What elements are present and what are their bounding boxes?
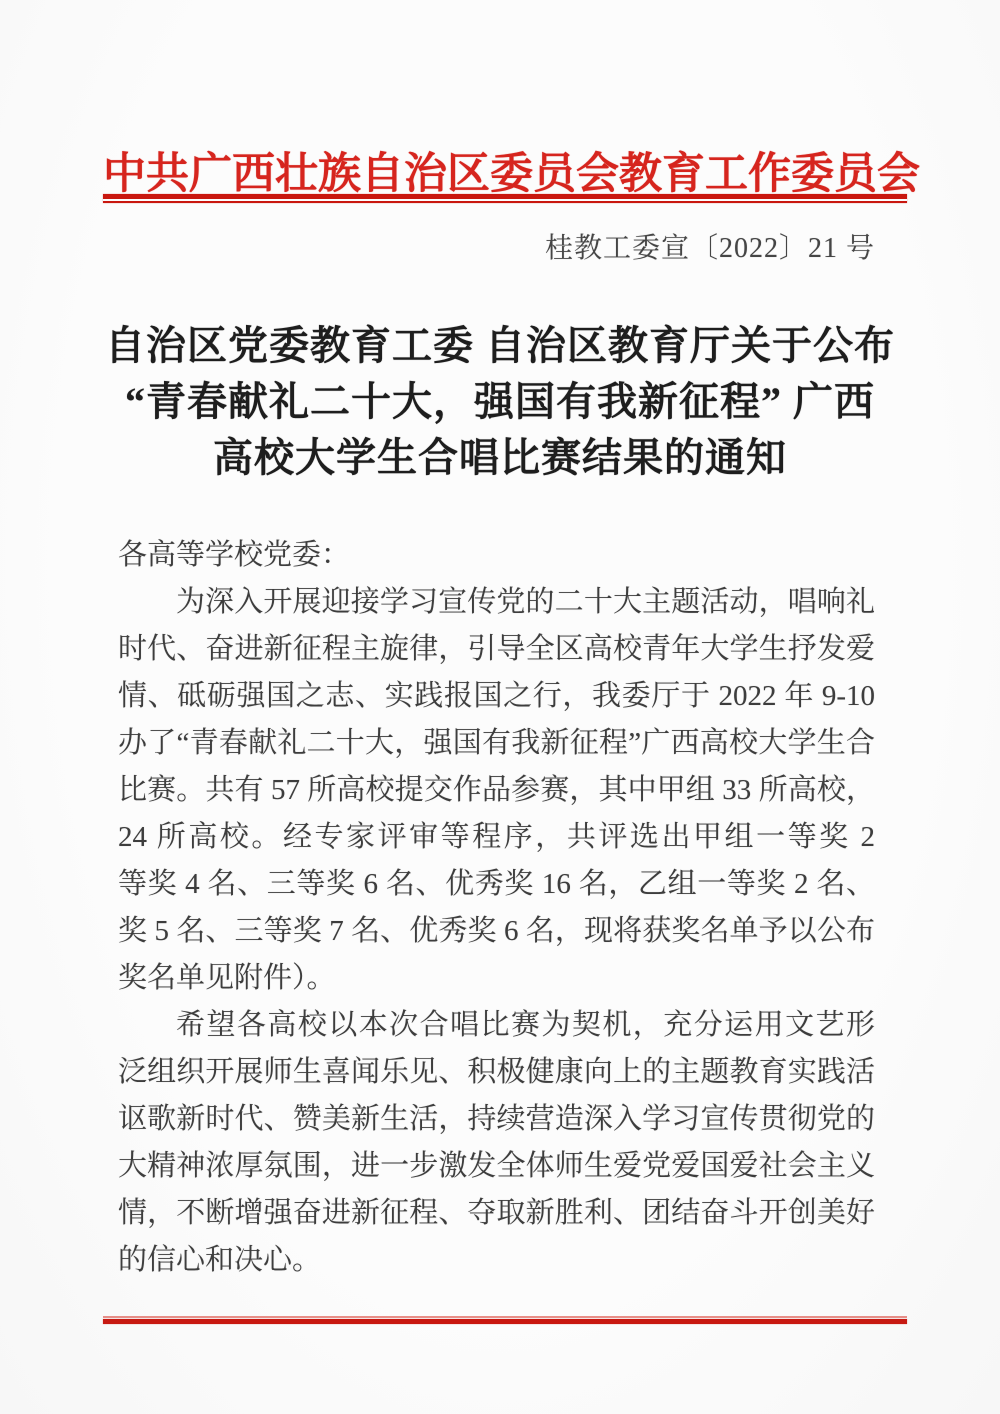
red-double-rule-top [103,194,907,203]
body-line: 的信心和决心。 [118,1237,875,1284]
red-rule-bottom [103,1316,907,1324]
document-number: 桂教工委宣〔2022〕21 号 [103,226,875,266]
body-line: 希望各高校以本次合唱比赛为契机，充分运用文艺形式，广 [118,1002,875,1049]
body-line: 大精神浓厚氛围，进一步激发全体师生爱党爱国爱社会主义的热 [118,1143,875,1190]
body-line: 情、砥砺强国之志、实践报国之行，我委厅于 2022 年 9-10 月举 [118,673,875,720]
red-rule-bottom-thick-line [103,1319,907,1324]
body-line: 等奖 4 名、三等奖 6 名、优秀奖 16 名，乙组一等奖 2 名、二等 [118,861,875,908]
document-page: 中共广西壮族自治区委员会教育工作委员会 桂教工委宣〔2022〕21 号 自治区党… [0,0,1000,1414]
notice-body: 各高等学校党委： 为深入开展迎接学习宣传党的二十大主题活动，唱响礼赞新 时代、奋… [118,532,875,1284]
body-line: 情，不断增强奋进新征程、夺取新胜利、团结奋斗开创美好未来 [118,1190,875,1237]
notice-title: 自治区党委教育工委 自治区教育厅关于公布 “青春献礼二十大，强国有我新征程” 广… [60,318,940,486]
body-line: 奖 5 名、三等奖 7 名、优秀奖 6 名，现将获奖名单予以公布（获 [118,908,875,955]
notice-title-line-2: “青春献礼二十大，强国有我新征程” 广西 [60,374,940,430]
body-line: 时代、奋进新征程主旋律，引导全区高校青年大学生抒发爱国之 [118,626,875,673]
salutation-line: 各高等学校党委： [118,532,875,579]
body-line: 讴歌新时代、赞美新生活，持续营造深入学习宣传贯彻党的二十 [118,1096,875,1143]
body-line: 泛组织开展师生喜闻乐见、积极健康向上的主题教育实践活动， [118,1049,875,1096]
body-line: 办了“青春献礼二十大，强国有我新征程”广西高校大学生合唱 [118,720,875,767]
body-line: 24 所高校。经专家评审等程序，共评选出甲组一等奖 2 名、二 [118,814,875,861]
body-line: 为深入开展迎接学习宣传党的二十大主题活动，唱响礼赞新 [118,579,875,626]
notice-title-line-3: 高校大学生合唱比赛结果的通知 [60,430,940,486]
notice-title-line-1: 自治区党委教育工委 自治区教育厅关于公布 [60,318,940,374]
body-line: 奖名单见附件）。 [118,955,875,1002]
issuing-org-header: 中共广西壮族自治区委员会教育工作委员会 [103,140,907,201]
body-line: 比赛。共有 57 所高校提交作品参赛，其中甲组 33 所高校，乙组 [118,767,875,814]
